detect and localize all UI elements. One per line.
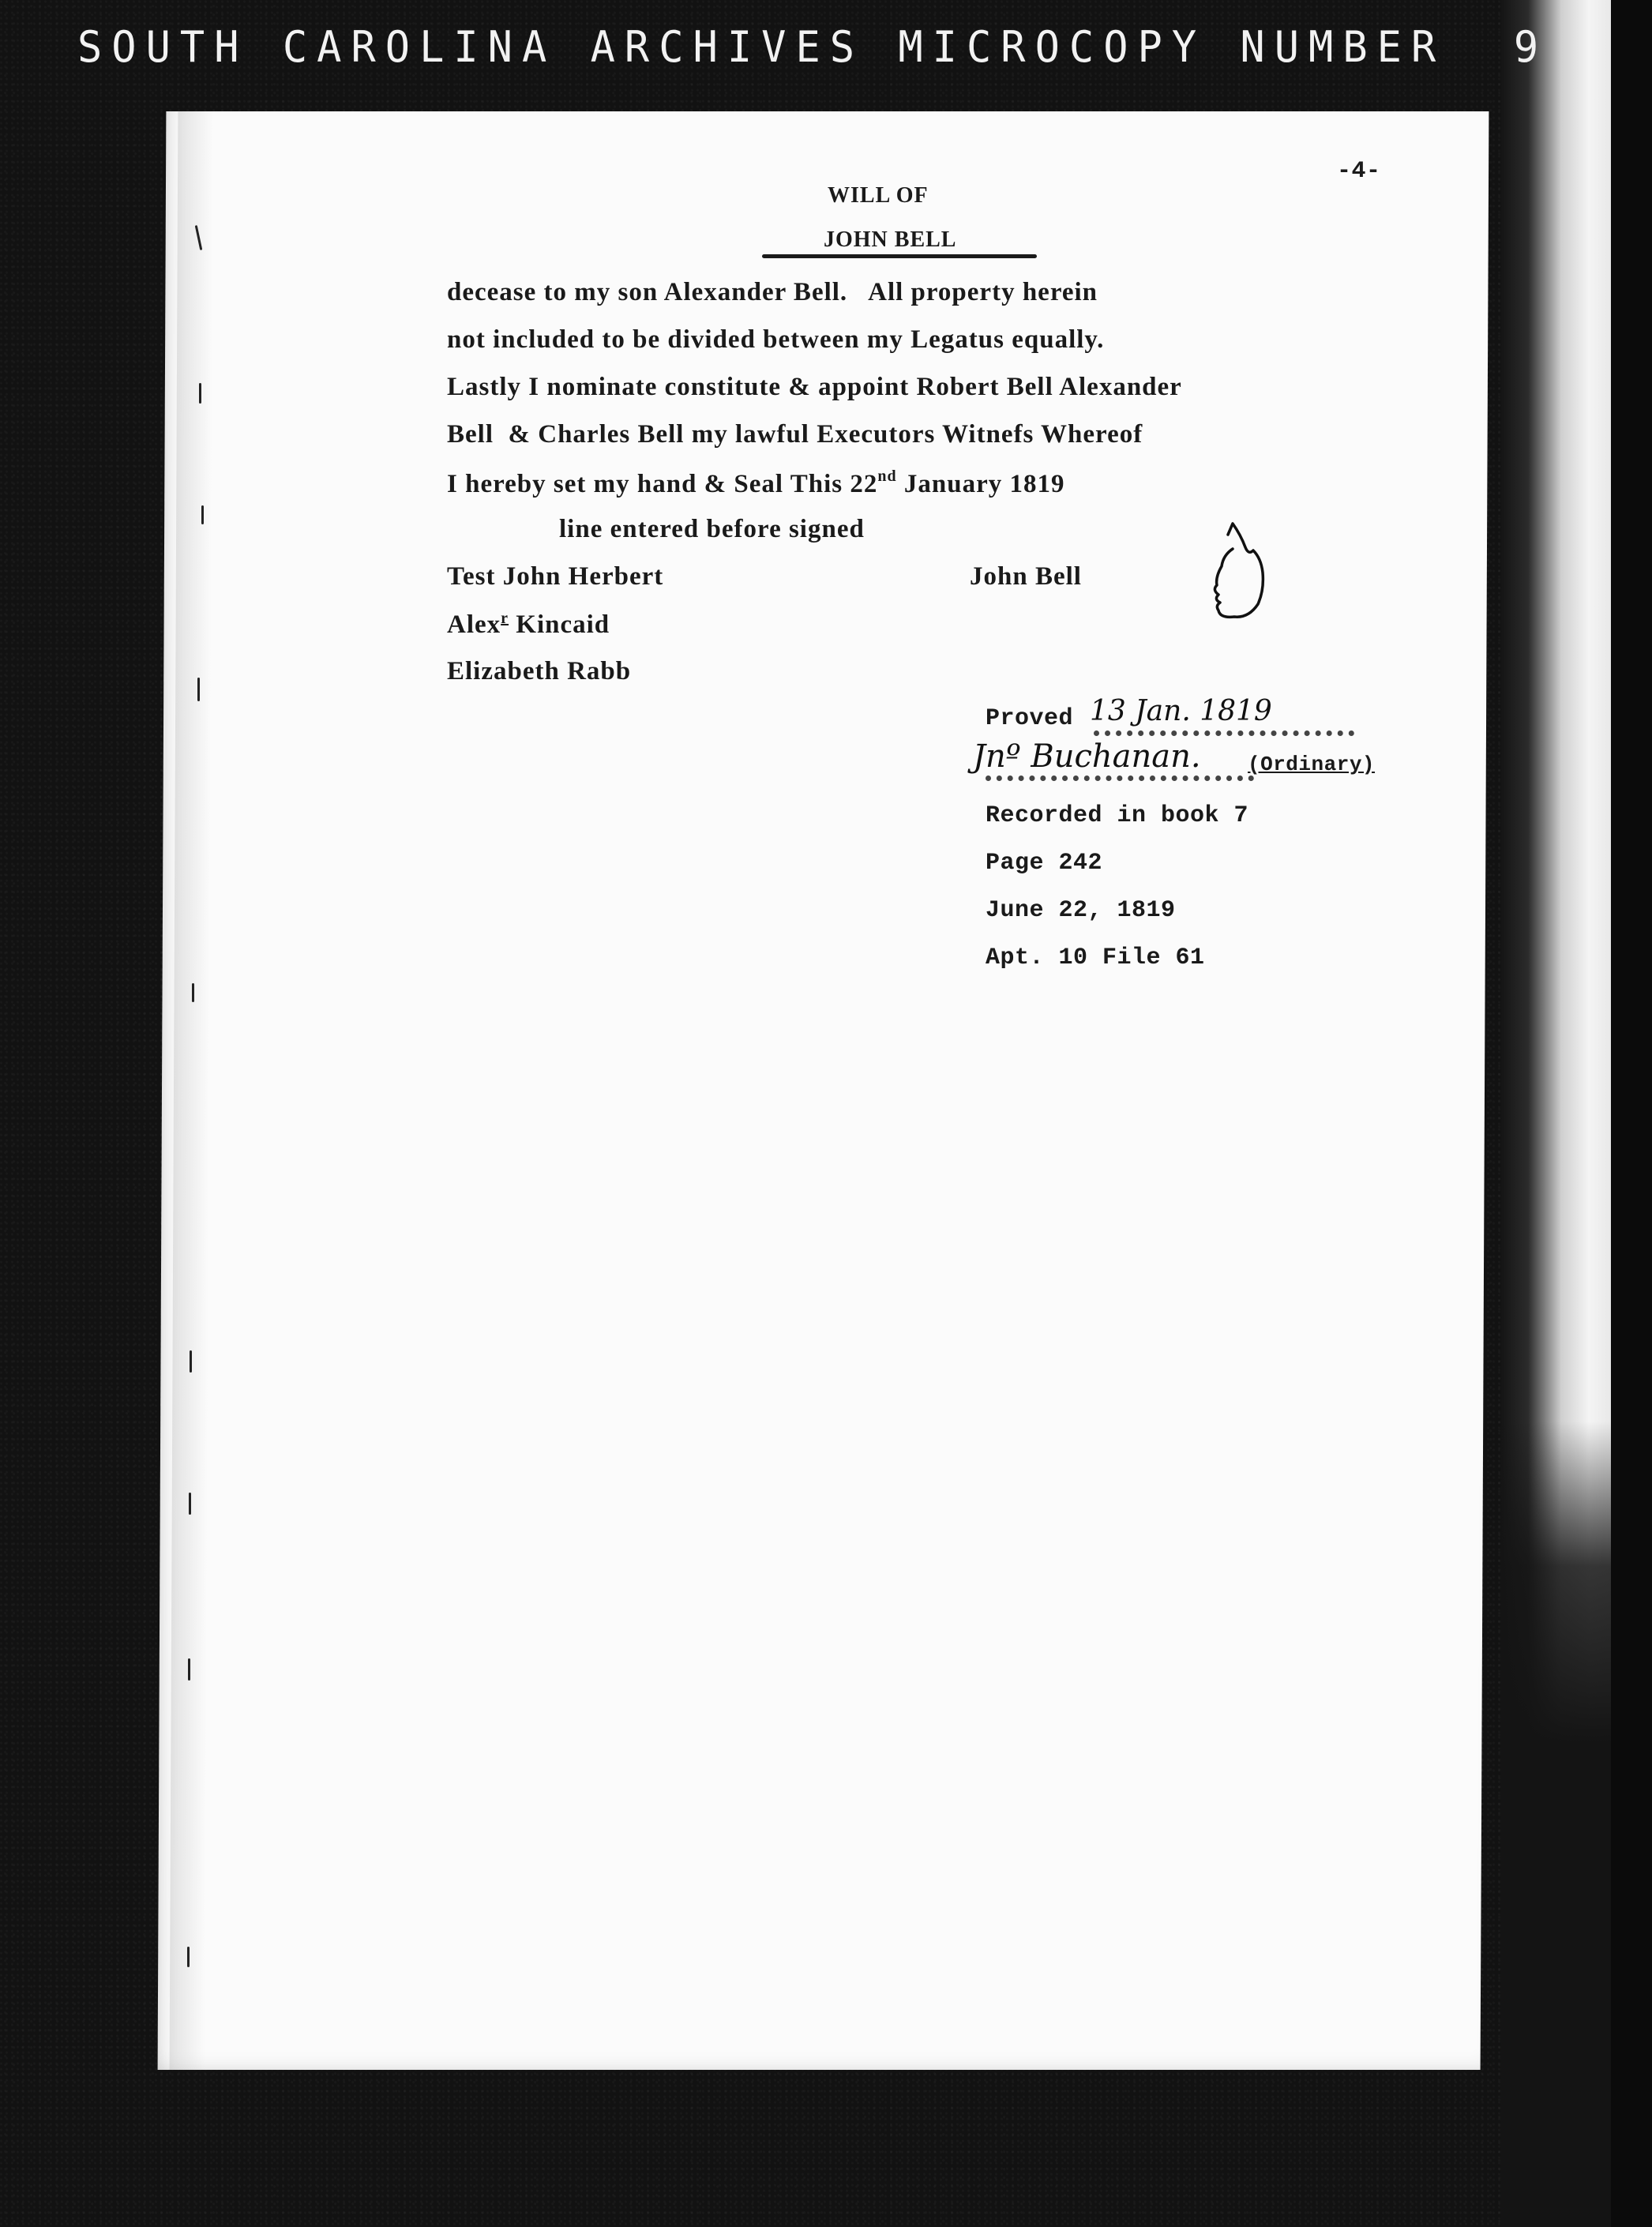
ordinal-suffix: nd [877,468,896,485]
proved-date-handwritten: 13 Jan. 1819 [1090,695,1272,727]
wax-seal-icon [1196,517,1275,628]
document-title: WILL OF [828,183,929,208]
witness-1: Test John Herbert [447,562,663,591]
binding-mark [197,678,200,701]
binding-mark [188,1658,190,1681]
binding-mark [199,383,201,404]
body-line: not included to be divided between my Le… [447,325,1104,355]
binding-mark [189,1493,191,1515]
abbreviation-superscript: r [501,610,509,627]
file-reference: Apt. 10 File 61 [986,945,1205,971]
page-number: -4- [1337,158,1381,185]
body-line: Lastly I nominate constitute & appoint R… [447,373,1182,402]
document-page [158,111,1489,2070]
signing-text: I hereby set my hand & Seal This 22 [447,470,877,498]
testator-signature: John Bell [970,562,1082,591]
binding-mark [190,1350,192,1373]
ordinary-title: (Ordinary) [1248,753,1375,776]
witness-2-surname: Kincaid [509,610,610,639]
binding-mark [187,1947,190,1967]
recorded-page: Page 242 [986,850,1102,877]
binding-mark [192,983,194,1002]
witness-2-prefix: Alex [447,610,501,639]
binding-mark [201,505,204,524]
ordinary-signature-handwritten: Jnº Buchanan. [973,738,1201,775]
title-underline [762,254,1037,258]
recorded-date: June 22, 1819 [986,897,1176,924]
signing-line: I hereby set my hand & Seal This 22nd Ja… [447,468,1064,499]
microfilm-header: SOUTH CAROLINA ARCHIVES MICROCOPY NUMBER… [77,23,1548,73]
body-line: decease to my son Alexander Bell. All pr… [447,278,1098,307]
film-border [1611,0,1652,2227]
witness-3: Elizabeth Rabb [447,657,631,686]
dotted-fill-line [1094,730,1354,736]
dotted-fill-line [986,776,1254,781]
proved-label: Proved [986,705,1073,732]
body-line: Bell & Charles Bell my lawful Executors … [447,420,1143,449]
interlineation-note: line entered before signed [559,515,865,544]
recorded-book: Recorded in book 7 [986,802,1248,829]
signing-date: January 1819 [897,470,1065,498]
document-subtitle: JOHN BELL [824,227,956,253]
witness-2: Alexr Kincaid [447,610,610,640]
adjacent-frame-shadow [1500,1421,1611,2227]
